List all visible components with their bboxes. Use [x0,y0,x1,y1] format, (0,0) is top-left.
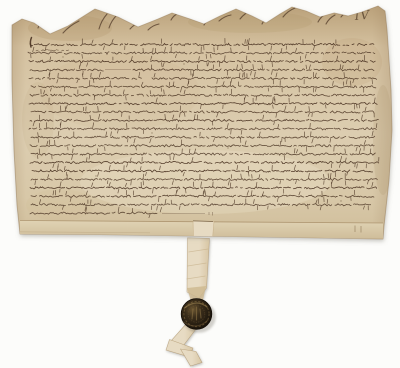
photo-stage: IV [0,0,400,368]
parchment-sheet: IV [10,4,394,242]
charter-photograph: IV [0,0,400,368]
